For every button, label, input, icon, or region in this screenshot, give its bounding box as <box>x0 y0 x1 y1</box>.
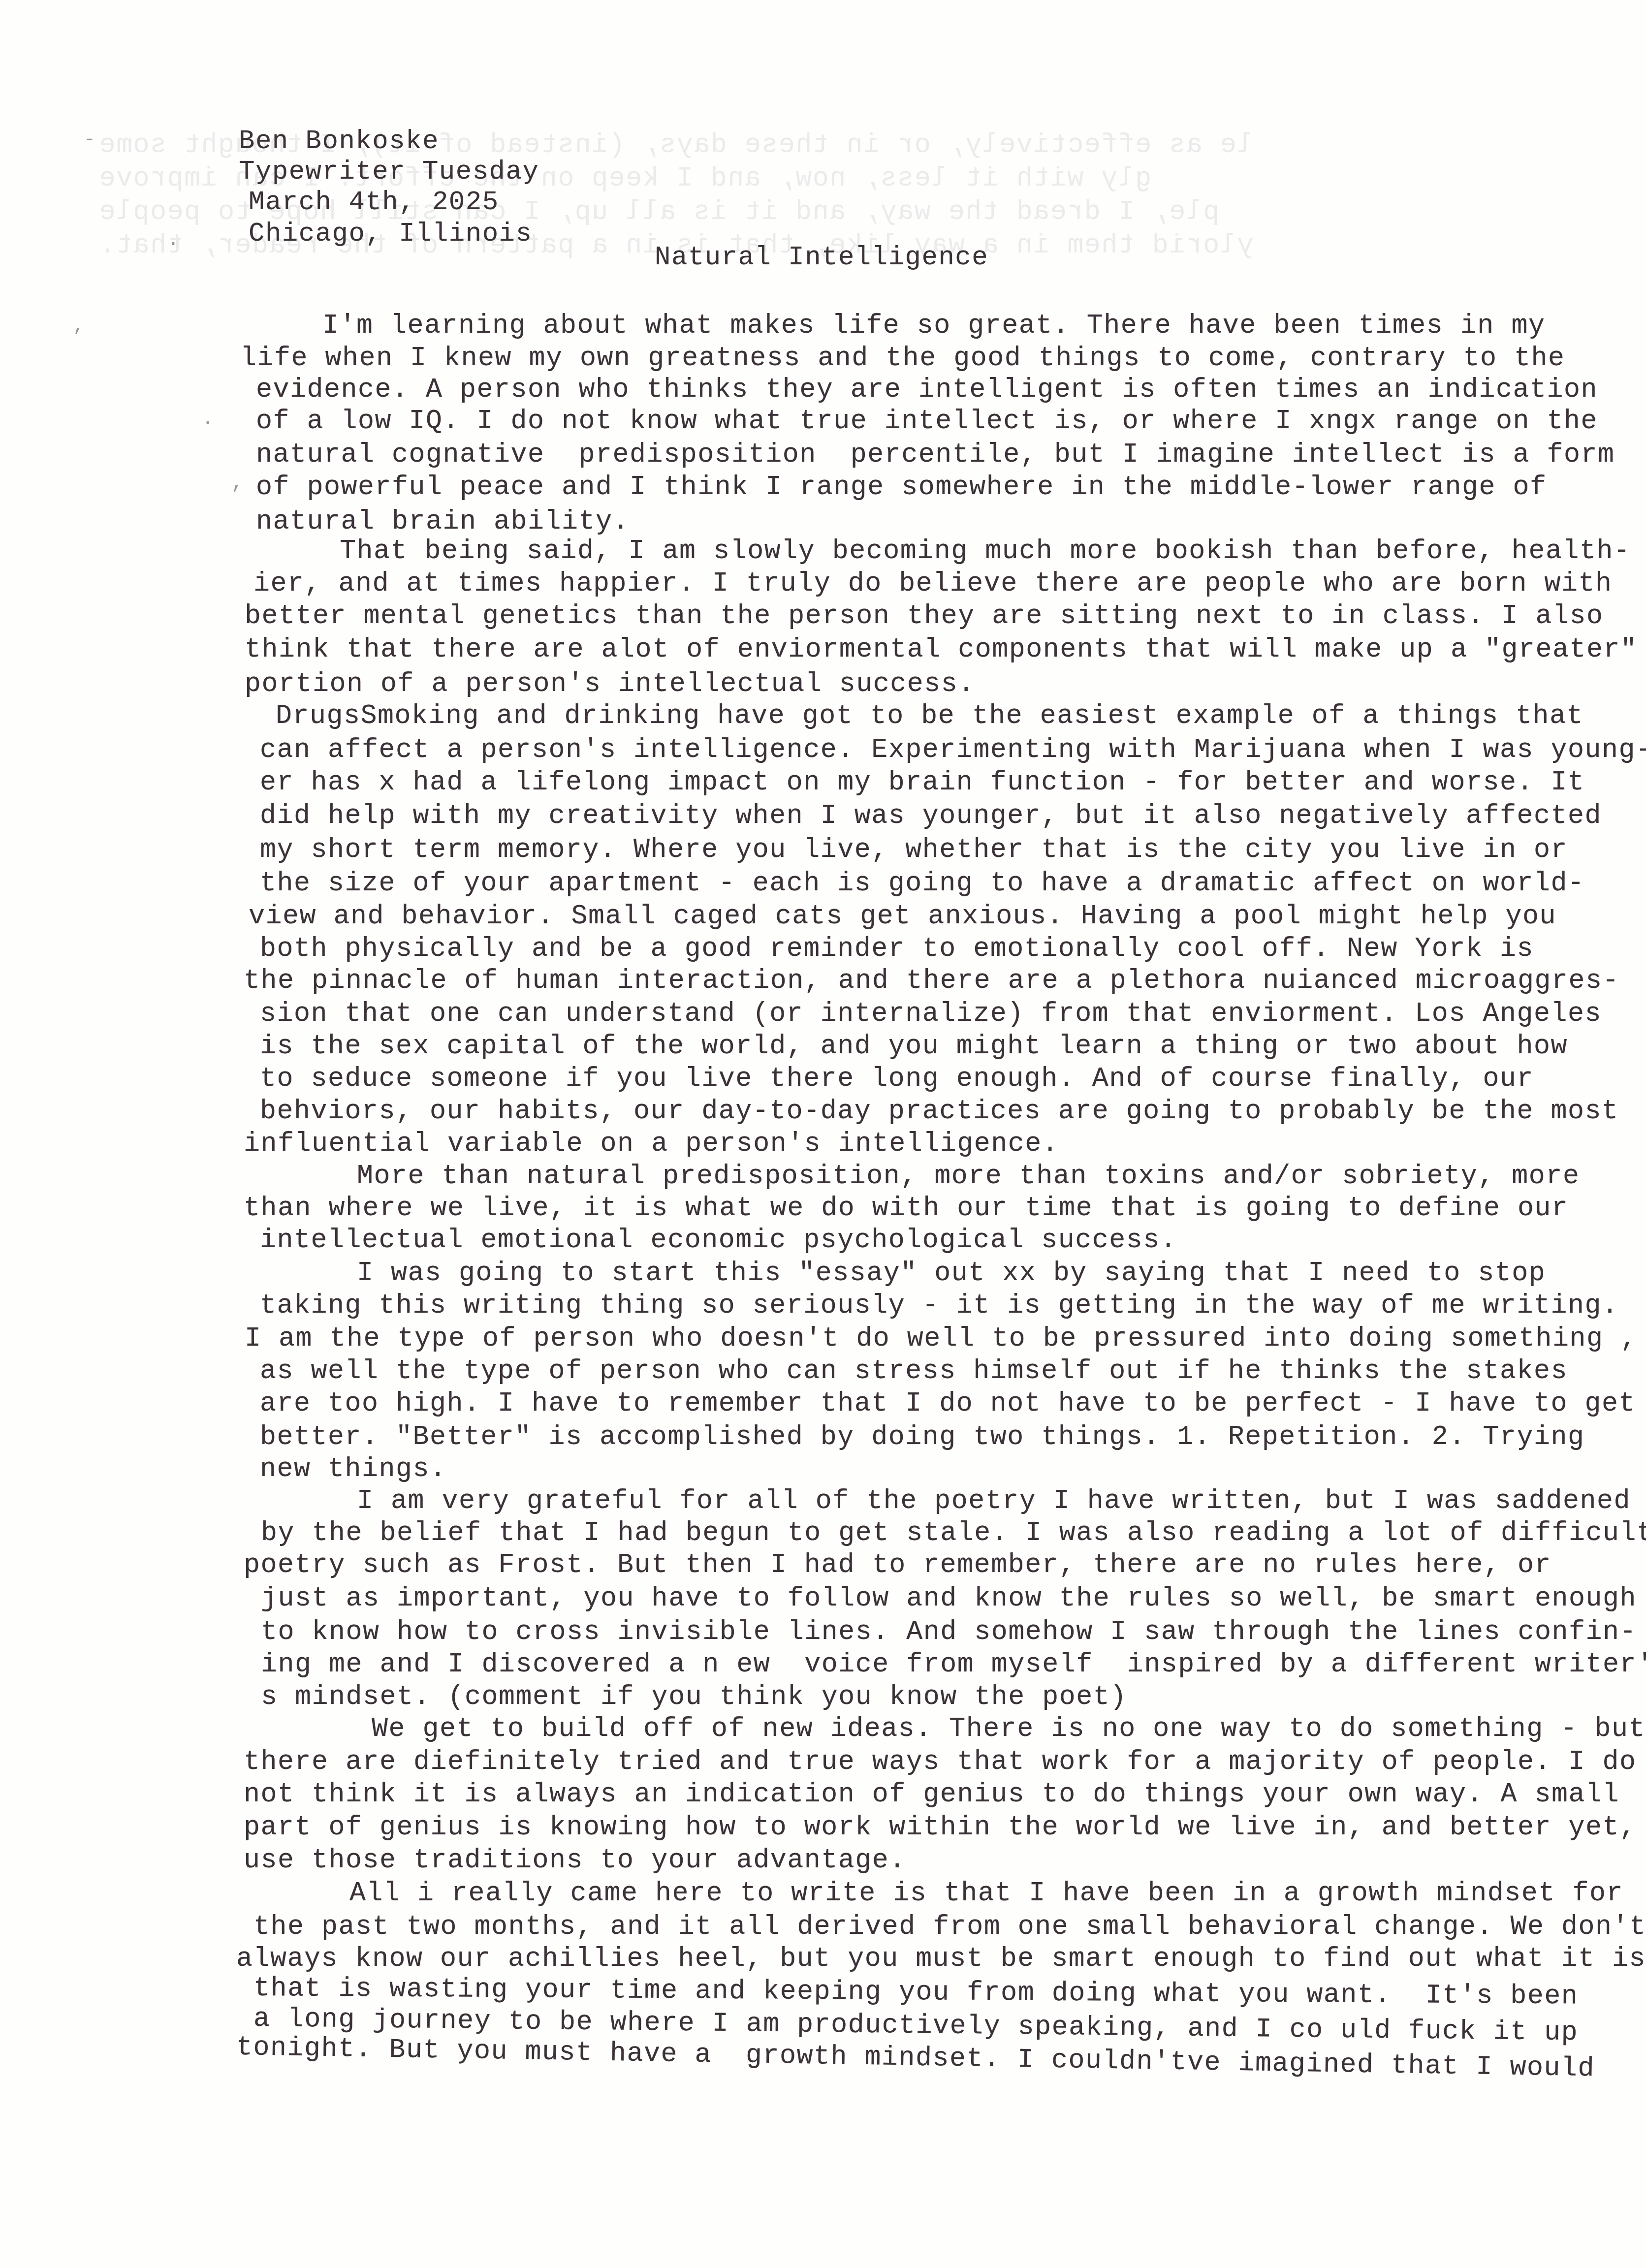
body-line: to know how to cross invisible lines. An… <box>261 1617 1637 1647</box>
body-line: I am very grateful for all of the poetry… <box>357 1486 1631 1516</box>
body-line: part of genius is knowing how to work wi… <box>244 1813 1636 1842</box>
series-name: Typewriter Tuesday <box>239 157 539 187</box>
document-title: Natural Intelligence <box>655 243 988 273</box>
body-line: the past two months, and it all derived … <box>253 1912 1646 1942</box>
body-line: I am the type of person who doesn't do w… <box>245 1324 1637 1354</box>
margin-dot-mark: . <box>167 229 179 252</box>
body-line: there are diefinitely tried and true way… <box>244 1747 1636 1777</box>
body-line: taking this writing thing so seriously -… <box>260 1291 1618 1321</box>
body-line: think that there are alot of enviormenta… <box>245 635 1637 664</box>
margin-dot-mark: . <box>202 409 214 431</box>
body-line: evidence. A person who thinks they are i… <box>256 375 1598 405</box>
body-line: ing me and I discovered a n ew voice fro… <box>261 1650 1646 1679</box>
body-line: not think it is always an indication of … <box>244 1780 1619 1809</box>
margin-comma-mark: , <box>73 315 85 337</box>
body-line: sion that one can understand (or interna… <box>260 999 1602 1029</box>
body-line: er has x had a lifelong impact on my bra… <box>260 768 1584 797</box>
typewritten-page: le as effectively, or in these days, (in… <box>0 0 1646 2268</box>
body-line: to seduce someone if you live there long… <box>260 1064 1534 1094</box>
body-line: We get to build off of new ideas. There … <box>372 1714 1646 1744</box>
body-line: I was going to start this "essay" out xx… <box>357 1259 1546 1288</box>
body-line: use those traditions to your advantage. <box>244 1846 906 1875</box>
body-line: did help with my creativity when I was y… <box>260 801 1602 831</box>
margin-dash-mark: - <box>84 129 95 151</box>
body-line: just as important, you have to follow an… <box>261 1584 1637 1613</box>
body-line: poetry such as Frost. But then I had to … <box>244 1550 1551 1580</box>
body-line: are too high. I have to remember that I … <box>260 1389 1636 1418</box>
body-line: better mental genetics than the person t… <box>245 601 1603 631</box>
body-line: natural cognative predisposition percent… <box>256 440 1614 470</box>
body-line: better. "Better" is accomplished by doin… <box>260 1422 1584 1452</box>
date: March 4th, 2025 <box>249 188 499 218</box>
author-name: Ben Bonkoske <box>239 127 439 157</box>
body-line: my short term memory. Where you live, wh… <box>260 835 1568 865</box>
body-line: new things. <box>260 1454 447 1484</box>
body-line: intellectual emotional economic psycholo… <box>260 1226 1177 1255</box>
body-line: s mindset. (comment if you think you kno… <box>261 1682 1127 1712</box>
body-line: ier, and at times happier. I truly do be… <box>253 569 1612 598</box>
body-line: behviors, our habits, our day-to-day pra… <box>260 1097 1618 1126</box>
body-line: life when I knew my own greatness and th… <box>240 344 1565 373</box>
body-line: the pinnacle of human interaction, and t… <box>244 966 1619 996</box>
body-line: of powerful peace and I think I range so… <box>256 472 1547 502</box>
body-line: view and behavior. Small caged cats get … <box>249 902 1556 931</box>
body-line: is the sex capital of the world, and you… <box>260 1032 1568 1061</box>
margin-comma-mark: , <box>231 472 243 495</box>
body-line: of a low IQ. I do not know what true int… <box>256 407 1598 436</box>
body-line: than where we live, it is what we do wit… <box>244 1194 1568 1223</box>
body-line: portion of a person's intellectual succe… <box>245 669 975 699</box>
body-line: influential variable on a person's intel… <box>244 1129 1059 1159</box>
body-line: I'm learning about what makes life so gr… <box>322 311 1545 341</box>
body-line: DrugsSmoking and drinking have got to be… <box>276 701 1583 731</box>
location: Chicago, Illinois <box>249 220 532 249</box>
body-line: by the belief that I had begun to get st… <box>261 1518 1646 1548</box>
body-line: can affect a person's intelligence. Expe… <box>260 735 1646 765</box>
body-line: both physically and be a good reminder t… <box>260 934 1534 964</box>
body-line: the size of your apartment - each is goi… <box>260 869 1584 898</box>
body-line: natural brain ability. <box>256 507 630 536</box>
body-line: as well the type of person who can stres… <box>260 1356 1568 1386</box>
body-line: That being said, I am slowly becoming mu… <box>340 536 1630 566</box>
body-line: always know our achillies heel, but you … <box>236 1944 1646 1974</box>
body-line: All i really came here to write is that … <box>349 1879 1623 1908</box>
body-line: More than natural predisposition, more t… <box>357 1162 1580 1191</box>
